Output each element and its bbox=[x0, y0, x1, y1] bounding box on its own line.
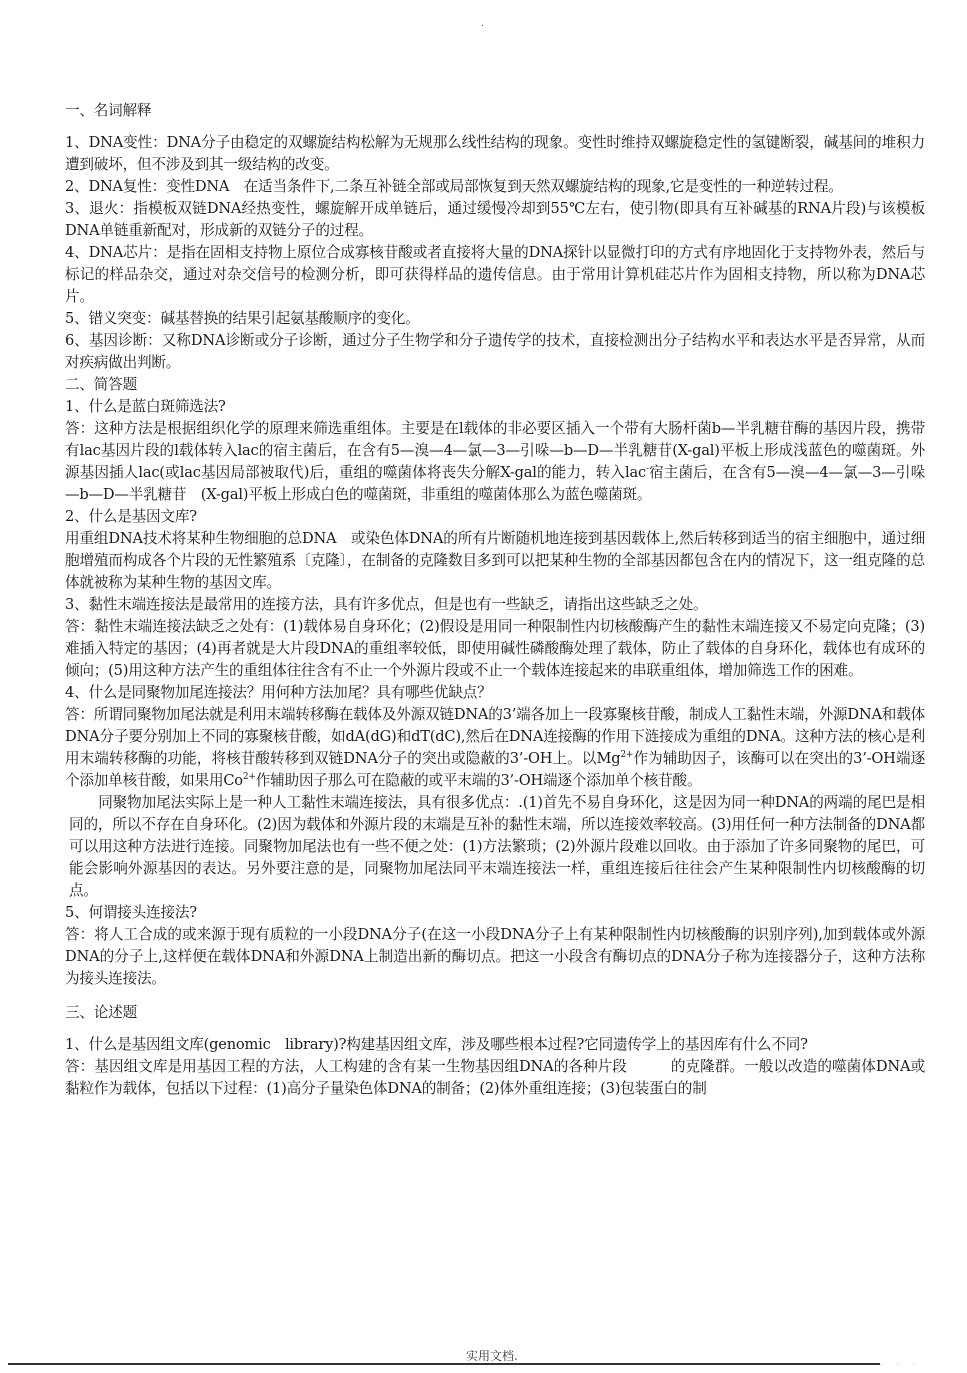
answer: 答：黏性末端连接法缺乏之处有：(1)载体易自身环化；(2)假设是用同一种限制性内… bbox=[65, 616, 925, 682]
page-header-mark: . bbox=[481, 18, 484, 29]
section-heading-definitions: 一、名词解释 bbox=[65, 100, 925, 122]
question: 2、什么是基因文库? bbox=[65, 506, 925, 528]
footer-dots: . . . bbox=[880, 1358, 921, 1367]
definition-item: 4、DNA芯片：是指在固相支持物上原位合成寡核苷酸或者直接将大量的DNA探针以显… bbox=[65, 242, 925, 308]
footer-divider bbox=[8, 1363, 880, 1365]
question: 5、何谓接头连接法? bbox=[65, 902, 925, 924]
answer: 答：基因组文库是用基因工程的方法，人工构建的含有某一生物基因组DNA的各种片段 … bbox=[65, 1056, 925, 1100]
question: 4、什么是同聚物加尾连接法？用何种方法加尾？具有哪些优缺点？ bbox=[65, 682, 925, 704]
section-heading-short-answer: 二、简答题 bbox=[65, 374, 925, 396]
document-body: 一、名词解释 1、DNA变性：DNA分子由稳定的双螺旋结构松解为无规那么线性结构… bbox=[65, 100, 925, 1100]
answer-text: 作辅助因子那么可在隐蔽的或平末端的3’-OH端逐个添加单个核苷酸。 bbox=[256, 772, 702, 789]
answer: 答：将人工合成的或来源于现有质粒的一小段DNA分子(在这一小段DNA分子上有某种… bbox=[65, 924, 925, 990]
superscript: 2+ bbox=[620, 750, 633, 760]
definition-item: 3、退火：指模板双链DNA经热变性，螺旋解开成单链后，通过缓慢冷却到55℃左右，… bbox=[65, 198, 925, 242]
definition-item: 1、DNA变性：DNA分子由稳定的双螺旋结构松解为无规那么线性结构的现象。变性时… bbox=[65, 132, 925, 176]
answer: 答：所谓同聚物加尾法就是利用末端转移酶在载体及外源双链DNA的3’端各加上一段寡… bbox=[65, 704, 925, 792]
section-heading-essay: 三、论述题 bbox=[65, 1002, 925, 1024]
footer-label: 实用文档. bbox=[466, 1347, 518, 1364]
superscript: 2+ bbox=[243, 772, 256, 782]
definition-item: 6、基因诊断：又称DNA诊断或分子诊断，通过分子生物学和分子遗传学的技术，直接检… bbox=[65, 330, 925, 374]
question: 1、什么是基因组文库(genomic library)?构建基因组文库，涉及哪些… bbox=[65, 1034, 925, 1056]
definition-item: 5、错义突变：碱基替换的结果引起氨基酸顺序的变化。 bbox=[65, 308, 925, 330]
answer-continuation: 同聚物加尾法实际上是一种人工黏性末端连接法，具有很多优点：.(1)首先不易自身环… bbox=[65, 792, 925, 902]
question: 1、什么是蓝白斑筛选法? bbox=[65, 396, 925, 418]
question: 3、黏性末端连接法是最常用的连接方法，具有许多优点，但是也有一些缺乏，请指出这些… bbox=[65, 594, 925, 616]
definition-item: 2、DNA复性：变性DNA 在适当条件下,二条互补链全部或局部恢复到天然双螺旋结… bbox=[65, 176, 925, 198]
answer: 答：这种方法是根据组织化学的原理来筛选重组体。主要是在l载体的非必要区插入一个带… bbox=[65, 418, 925, 506]
answer: 用重组DNA技术将某种生物细胞的总DNA 或染色体DNA的所有片断随机地连接到基… bbox=[65, 528, 925, 594]
